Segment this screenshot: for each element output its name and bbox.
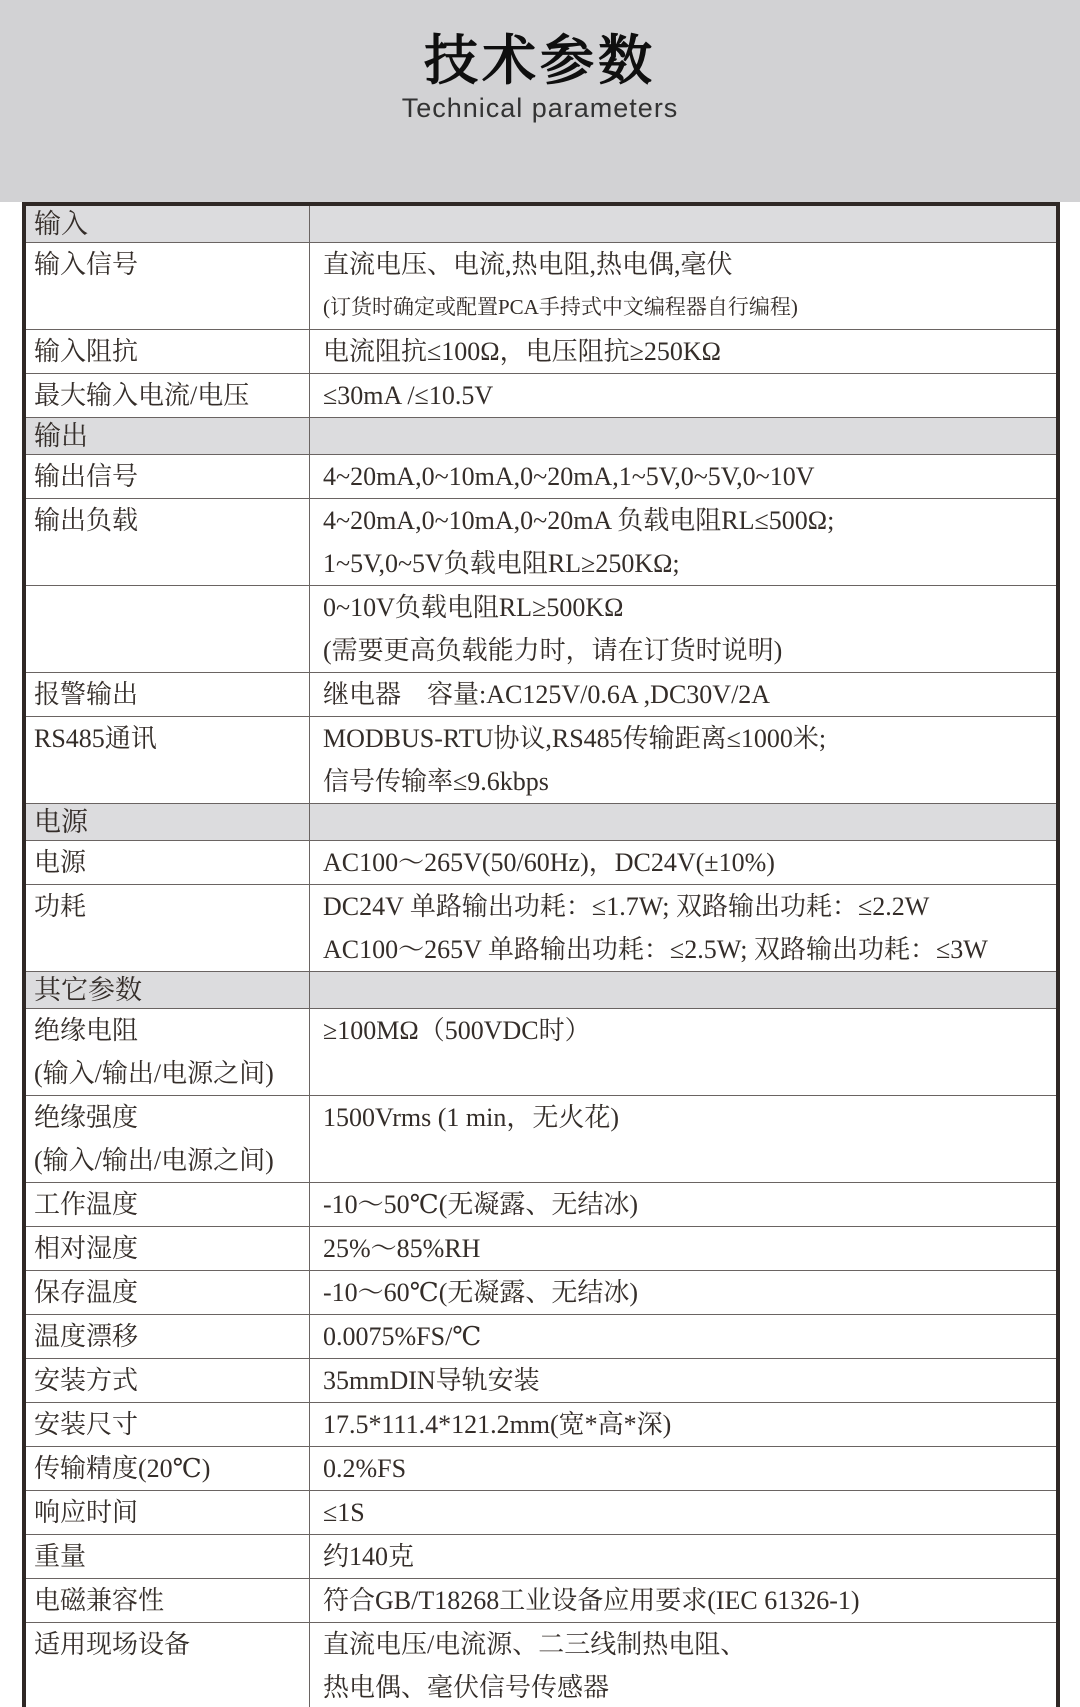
spec-row: 适用现场设备直流电压/电流源、二三线制热电阻、热电偶、毫伏信号传感器: [26, 1622, 1056, 1707]
param-name: (输入/输出/电源之间): [34, 1139, 309, 1182]
param-value: 4~20mA,0~10mA,0~20mA 负载电阻RL≤500Ω;: [323, 499, 1056, 542]
param-name: 温度漂移: [34, 1315, 309, 1358]
page-title: 技术参数: [0, 30, 1080, 92]
param-name: 绝缘强度: [34, 1096, 309, 1139]
param-value: DC24V 单路输出功耗：≤1.7W; 双路输出功耗：≤2.2W: [323, 885, 1056, 928]
param-name: 功耗: [34, 885, 309, 928]
spec-row: 相对湿度25%～85%RH: [26, 1226, 1056, 1270]
param-name-cell: 绝缘强度(输入/输出/电源之间): [26, 1096, 310, 1182]
param-value: 直流电压、电流,热电阻,热电偶,毫伏: [323, 243, 1056, 286]
param-value-cell: AC100～265V(50/60Hz)，DC24V(±10%): [310, 841, 1056, 884]
param-name-cell: 响应时间: [26, 1491, 310, 1534]
param-value: 直流电压/电流源、二三线制热电阻、: [323, 1623, 1056, 1666]
param-name: 相对湿度: [34, 1227, 309, 1270]
section-title: 输入: [34, 209, 88, 239]
param-name-cell: 绝缘电阻(输入/输出/电源之间): [26, 1009, 310, 1095]
param-value: 0.2%FS: [323, 1447, 1056, 1490]
param-value-cell: 0.0075%FS/℃: [310, 1315, 1056, 1358]
spec-row: 电源AC100～265V(50/60Hz)，DC24V(±10%): [26, 840, 1056, 884]
param-value-cell: 约140克: [310, 1535, 1056, 1578]
param-name: 响应时间: [34, 1491, 309, 1534]
param-name: 电磁兼容性: [34, 1579, 309, 1622]
param-value: AC100～265V 单路输出功耗：≤2.5W; 双路输出功耗：≤3W: [323, 928, 1056, 971]
param-name: 输出信号: [34, 455, 309, 498]
param-value: 1500Vrms (1 min，无火花): [323, 1096, 1056, 1139]
spec-row: 绝缘强度(输入/输出/电源之间)1500Vrms (1 min，无火花): [26, 1095, 1056, 1182]
spec-row: 电磁兼容性符合GB/T18268工业设备应用要求(IEC 61326-1): [26, 1578, 1056, 1622]
param-value: 电流阻抗≤100Ω，电压阻抗≥250KΩ: [323, 330, 1056, 373]
param-name: 输入信号: [34, 243, 309, 286]
param-value-cell: DC24V 单路输出功耗：≤1.7W; 双路输出功耗：≤2.2WAC100～26…: [310, 885, 1056, 971]
param-value: ≤1S: [323, 1491, 1056, 1534]
param-value-cell: [310, 206, 1056, 242]
param-value: 17.5*111.4*121.2mm(宽*高*深): [323, 1403, 1056, 1446]
spec-row: 输出负载4~20mA,0~10mA,0~20mA 负载电阻RL≤500Ω;1~5…: [26, 498, 1056, 585]
param-name: 保存温度: [34, 1271, 309, 1314]
param-value-cell: [310, 972, 1056, 1008]
param-value-cell: 17.5*111.4*121.2mm(宽*高*深): [310, 1403, 1056, 1446]
spec-row: 安装方式35mmDIN导轨安装: [26, 1358, 1056, 1402]
param-name-cell: 适用现场设备: [26, 1623, 310, 1707]
param-value-cell: 电流阻抗≤100Ω，电压阻抗≥250KΩ: [310, 330, 1056, 373]
param-value: ≤30mA /≤10.5V: [323, 374, 1056, 417]
param-value-cell: 继电器 容量:AC125V/0.6A ,DC30V/2A: [310, 673, 1056, 716]
param-value: 热电偶、毫伏信号传感器: [323, 1666, 1056, 1707]
param-value-cell: [310, 804, 1056, 840]
param-value: 约140克: [323, 1535, 1056, 1578]
param-value-cell: 0.2%FS: [310, 1447, 1056, 1490]
page-header: 技术参数 Technical parameters: [0, 0, 1080, 202]
param-value: -10～50℃(无凝露、无结冰): [323, 1183, 1056, 1226]
param-value: -10～60℃(无凝露、无结冰): [323, 1271, 1056, 1314]
param-value: 35mmDIN导轨安装: [323, 1359, 1056, 1402]
param-name-cell: 电磁兼容性: [26, 1579, 310, 1622]
spec-section-row: 输出: [26, 417, 1056, 454]
param-name: 适用现场设备: [34, 1623, 309, 1666]
param-value-cell: 4~20mA,0~10mA,0~20mA,1~5V,0~5V,0~10V: [310, 455, 1056, 498]
param-name-cell: [26, 586, 310, 672]
section-title: 输出: [34, 421, 88, 451]
spec-row: 输出信号4~20mA,0~10mA,0~20mA,1~5V,0~5V,0~10V: [26, 454, 1056, 498]
param-name: 报警输出: [34, 673, 309, 716]
param-value: 信号传输率≤9.6kbps: [323, 760, 1056, 803]
param-name: 绝缘电阻: [34, 1009, 309, 1052]
param-value-cell: [310, 418, 1056, 454]
spec-row: 重量约140克: [26, 1534, 1056, 1578]
param-value-cell: ≥100MΩ（500VDC时）: [310, 1009, 1056, 1095]
page-subtitle: Technical parameters: [0, 92, 1080, 124]
param-name-cell: 安装尺寸: [26, 1403, 310, 1446]
spec-row: 最大输入电流/电压≤30mA /≤10.5V: [26, 373, 1056, 417]
section-title: 其它参数: [34, 975, 142, 1005]
param-name-cell: 输出: [26, 418, 310, 454]
param-value-cell: 35mmDIN导轨安装: [310, 1359, 1056, 1402]
param-value: 继电器 容量:AC125V/0.6A ,DC30V/2A: [323, 673, 1056, 716]
param-name-cell: 工作温度: [26, 1183, 310, 1226]
param-name-cell: 最大输入电流/电压: [26, 374, 310, 417]
param-value-cell: -10～60℃(无凝露、无结冰): [310, 1271, 1056, 1314]
param-value: AC100～265V(50/60Hz)，DC24V(±10%): [323, 841, 1056, 884]
param-name-cell: 输出负载: [26, 499, 310, 585]
param-name: 重量: [34, 1535, 309, 1578]
spec-section-row: 输入: [26, 206, 1056, 242]
param-value: 0.0075%FS/℃: [323, 1315, 1056, 1358]
spec-row: 输入阻抗电流阻抗≤100Ω，电压阻抗≥250KΩ: [26, 329, 1056, 373]
param-value-cell: -10～50℃(无凝露、无结冰): [310, 1183, 1056, 1226]
param-name: 输出负载: [34, 499, 309, 542]
param-value: 1~5V,0~5V负载电阻RL≥250KΩ;: [323, 542, 1056, 585]
param-name: 工作温度: [34, 1183, 309, 1226]
param-name-cell: 报警输出: [26, 673, 310, 716]
param-value: 4~20mA,0~10mA,0~20mA,1~5V,0~5V,0~10V: [323, 455, 1056, 498]
param-value-cell: ≤30mA /≤10.5V: [310, 374, 1056, 417]
spec-row: 工作温度-10～50℃(无凝露、无结冰): [26, 1182, 1056, 1226]
param-value: ≥100MΩ（500VDC时）: [323, 1009, 1056, 1052]
param-name-cell: 重量: [26, 1535, 310, 1578]
param-name-cell: 电源: [26, 841, 310, 884]
param-name-cell: 电源: [26, 804, 310, 840]
param-name: 安装方式: [34, 1359, 309, 1402]
param-value: 25%～85%RH: [323, 1227, 1056, 1270]
param-value-cell: 25%～85%RH: [310, 1227, 1056, 1270]
param-value: (需要更高负载能力时，请在订货时说明): [323, 629, 1056, 672]
param-name-cell: 输出信号: [26, 455, 310, 498]
param-name: 输入阻抗: [34, 330, 309, 373]
param-value: (订货时确定或配置PCA手持式中文编程器自行编程): [323, 286, 1056, 329]
param-value: 符合GB/T18268工业设备应用要求(IEC 61326-1): [323, 1579, 1056, 1622]
param-name-cell: RS485通讯: [26, 717, 310, 803]
spec-row: 功耗DC24V 单路输出功耗：≤1.7W; 双路输出功耗：≤2.2WAC100～…: [26, 884, 1056, 971]
param-value-cell: 0~10V负载电阻RL≥500KΩ(需要更高负载能力时，请在订货时说明): [310, 586, 1056, 672]
param-name: 安装尺寸: [34, 1403, 309, 1446]
param-value-cell: 直流电压/电流源、二三线制热电阻、热电偶、毫伏信号传感器: [310, 1623, 1056, 1707]
spec-row: 安装尺寸17.5*111.4*121.2mm(宽*高*深): [26, 1402, 1056, 1446]
param-value: 0~10V负载电阻RL≥500KΩ: [323, 586, 1056, 629]
spec-row: 0~10V负载电阻RL≥500KΩ(需要更高负载能力时，请在订货时说明): [26, 585, 1056, 672]
param-name-cell: 保存温度: [26, 1271, 310, 1314]
param-name: RS485通讯: [34, 717, 309, 760]
param-value-cell: MODBUS-RTU协议,RS485传输距离≤1000米;信号传输率≤9.6kb…: [310, 717, 1056, 803]
param-name: 电源: [34, 841, 309, 884]
spec-row: 传输精度(20℃)0.2%FS: [26, 1446, 1056, 1490]
spec-table: 输入输入信号直流电压、电流,热电阻,热电偶,毫伏(订货时确定或配置PCA手持式中…: [22, 202, 1060, 1707]
spec-row: RS485通讯MODBUS-RTU协议,RS485传输距离≤1000米;信号传输…: [26, 716, 1056, 803]
param-name-cell: 输入: [26, 206, 310, 242]
spec-row: 温度漂移0.0075%FS/℃: [26, 1314, 1056, 1358]
spec-section-row: 电源: [26, 803, 1056, 840]
spec-row: 响应时间≤1S: [26, 1490, 1056, 1534]
param-name-cell: 输入阻抗: [26, 330, 310, 373]
spec-section-row: 其它参数: [26, 971, 1056, 1008]
param-value: MODBUS-RTU协议,RS485传输距离≤1000米;: [323, 717, 1056, 760]
param-value-cell: 1500Vrms (1 min，无火花): [310, 1096, 1056, 1182]
param-value-cell: 直流电压、电流,热电阻,热电偶,毫伏(订货时确定或配置PCA手持式中文编程器自行…: [310, 243, 1056, 329]
param-name-cell: 安装方式: [26, 1359, 310, 1402]
section-title: 电源: [34, 807, 88, 837]
param-name: 最大输入电流/电压: [34, 374, 309, 417]
spec-row: 保存温度-10～60℃(无凝露、无结冰): [26, 1270, 1056, 1314]
param-name-cell: 功耗: [26, 885, 310, 971]
param-name: 传输精度(20℃): [34, 1447, 309, 1490]
param-value-cell: ≤1S: [310, 1491, 1056, 1534]
param-name-cell: 传输精度(20℃): [26, 1447, 310, 1490]
param-name-cell: 其它参数: [26, 972, 310, 1008]
spec-row: 输入信号直流电压、电流,热电阻,热电偶,毫伏(订货时确定或配置PCA手持式中文编…: [26, 242, 1056, 329]
param-name-cell: 温度漂移: [26, 1315, 310, 1358]
param-name-cell: 相对湿度: [26, 1227, 310, 1270]
param-name-cell: 输入信号: [26, 243, 310, 329]
param-value-cell: 4~20mA,0~10mA,0~20mA 负载电阻RL≤500Ω;1~5V,0~…: [310, 499, 1056, 585]
spec-row: 绝缘电阻(输入/输出/电源之间)≥100MΩ（500VDC时）: [26, 1008, 1056, 1095]
param-value-cell: 符合GB/T18268工业设备应用要求(IEC 61326-1): [310, 1579, 1056, 1622]
spec-row: 报警输出继电器 容量:AC125V/0.6A ,DC30V/2A: [26, 672, 1056, 716]
param-name: (输入/输出/电源之间): [34, 1052, 309, 1095]
